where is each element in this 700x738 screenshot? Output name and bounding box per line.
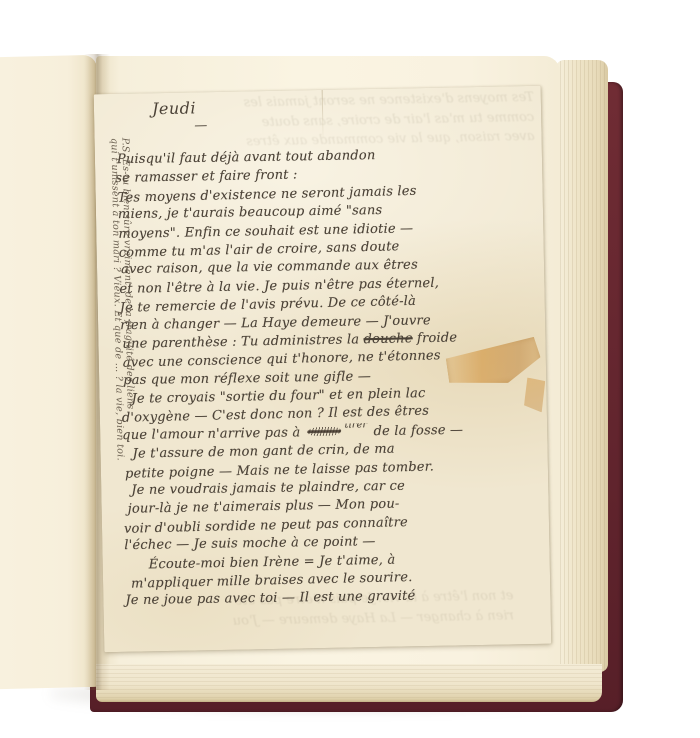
ink-scribble	[306, 427, 342, 437]
show-through-text-top: Tes moyens d'existence ne seront jamais …	[244, 88, 535, 152]
letter-sheet: Tes moyens d'existence ne seront jamais …	[94, 86, 552, 652]
left-page	[0, 55, 97, 689]
struck-word: douche	[363, 331, 412, 347]
letter-date-dash: —	[194, 118, 207, 133]
photo-of-open-book: Tes moyens d'existence ne seront jamais …	[0, 0, 700, 738]
letter-date: Jeudi	[152, 98, 196, 118]
letter-body: Puisqu'il faut déjà avant tout abandonse…	[115, 144, 545, 612]
page-edges-bottom	[96, 664, 602, 702]
page-edges-right	[556, 60, 608, 672]
